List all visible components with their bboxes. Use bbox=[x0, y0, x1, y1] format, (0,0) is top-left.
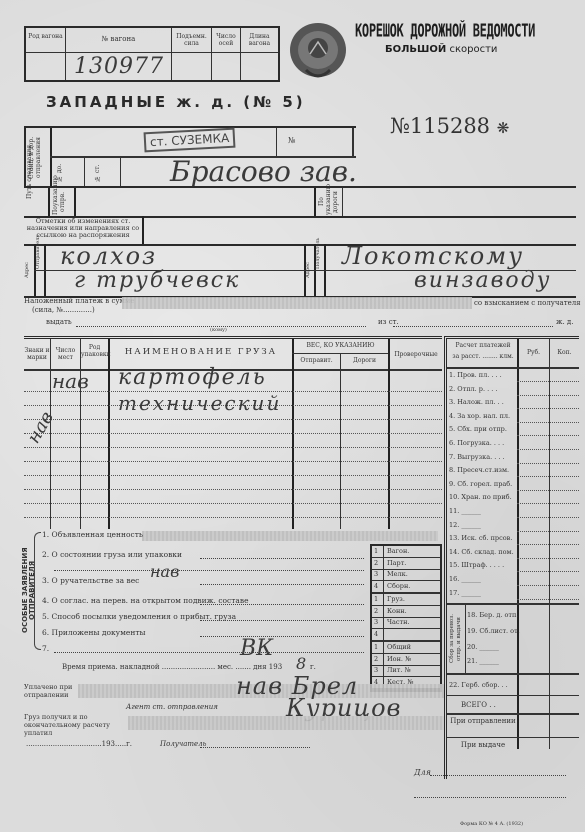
received-label: Груз получил и по окончательному расчету… bbox=[24, 713, 130, 737]
route-path-row: Путь следования Поуказанию отпрв. По ука… bbox=[24, 186, 576, 218]
code-label: Ион. № bbox=[387, 655, 411, 664]
station-number-label: № ст. bbox=[94, 160, 101, 186]
stamp-fee-item: 22. Герб. сбор. . . bbox=[449, 681, 508, 690]
receipt-date-line: ..................................193...… bbox=[26, 740, 132, 749]
sender-instructed-path-label: Поуказанию отпрв. bbox=[52, 189, 72, 215]
document-subtitle: БОЛЬШОЙ скорости bbox=[385, 44, 497, 55]
charge-item: 4. За хор. нал. пл. bbox=[449, 412, 510, 421]
for-field[interactable] bbox=[430, 775, 566, 776]
accept-time-label: Время приема. накладной ................… bbox=[62, 663, 282, 672]
code-number: 2 bbox=[374, 655, 378, 664]
code-label: Частн. bbox=[387, 618, 410, 627]
code-number: 3 bbox=[374, 618, 378, 627]
statement-sign-handwritten: ВК bbox=[240, 636, 273, 661]
wagon-type-header: Род вагона bbox=[26, 33, 65, 40]
statement-field[interactable] bbox=[200, 584, 364, 585]
issue-label: выдать bbox=[46, 318, 72, 327]
group-item-18: 18. Бер. д. отп. bbox=[467, 611, 518, 620]
document-number: №115288 ❋ bbox=[390, 114, 509, 138]
code-number: 3 bbox=[374, 570, 378, 579]
changes-label: Отметки об изменениях ст. назначения или… bbox=[24, 218, 142, 239]
code-number: 2 bbox=[374, 559, 378, 568]
code-number: 4 bbox=[374, 582, 378, 591]
cod-label: Наложенный платеж в сумме bbox=[24, 297, 135, 306]
road-instructed-path-label: По указанию дороги bbox=[318, 189, 340, 215]
cod-sub-label: (сила, №.............) bbox=[32, 306, 95, 315]
charge-item: 10. Хран. по приб. bbox=[449, 493, 512, 502]
ussr-emblem-icon bbox=[288, 20, 348, 82]
whom-label: (кому) bbox=[210, 326, 227, 335]
charge-item: 16. ______ bbox=[449, 575, 481, 584]
statement-item: 2. О состоянии груза или упаковки bbox=[42, 550, 182, 559]
subtitle-bold: БОЛЬШОЙ bbox=[385, 44, 446, 55]
form-code-label: Форма КО № 4 А. (1932) bbox=[460, 820, 523, 829]
cargo-name-line2: технический bbox=[118, 391, 281, 415]
sender-name-handwritten: колхоз bbox=[60, 242, 157, 270]
weight-sender-header: Отправит. bbox=[293, 357, 340, 364]
charge-item: 13. Иск. сб. прсов. bbox=[449, 534, 512, 543]
address-label: Адрес bbox=[24, 245, 33, 295]
railway-name: ЗАПАДНЫЕ ж. д. (№ 5) bbox=[46, 93, 306, 111]
pack-header: Род упаковки bbox=[81, 344, 108, 358]
statement-field[interactable] bbox=[54, 570, 364, 571]
code-label: Сборн. bbox=[387, 582, 410, 591]
code-number: 1 bbox=[374, 643, 378, 652]
route-path-label: Путь следования bbox=[26, 130, 46, 214]
weight-road-header: Дороги bbox=[341, 357, 388, 364]
year-suffix: г. bbox=[310, 663, 316, 672]
charge-item: 2. Отпл. р. . . . bbox=[449, 385, 497, 394]
total-label: ВСЕГО . . bbox=[461, 701, 496, 710]
statement-field[interactable] bbox=[54, 652, 364, 653]
receiver-address-handwritten: винзаводу bbox=[414, 268, 551, 293]
statements-brace bbox=[34, 532, 41, 650]
cargo-name-line1: картофель bbox=[118, 365, 267, 390]
code-label: Парт. bbox=[387, 559, 406, 568]
code-label: Груз. bbox=[387, 595, 405, 604]
collect-label: со взысканием с получателя bbox=[474, 299, 581, 308]
marks-header: Знаки и марки bbox=[24, 347, 50, 361]
kop-header: Коп. bbox=[550, 349, 579, 356]
code-number: 2 bbox=[374, 607, 378, 616]
charge-item: 3. Налож. пл. . . bbox=[449, 398, 504, 407]
weight-guarantee-handwritten: нав bbox=[150, 562, 179, 581]
rail-label: ж. д. bbox=[556, 318, 573, 327]
charge-item: 1. Пров. пл. . . . bbox=[449, 371, 502, 380]
charge-item: 9. Сб. горел. праб. bbox=[449, 480, 512, 489]
receiver-sign-field[interactable] bbox=[200, 747, 310, 748]
wagon-table: Род вагона № вагона Подъемн. сила Число … bbox=[24, 26, 280, 82]
final-payment-field[interactable] bbox=[128, 716, 444, 730]
declared-value-field[interactable] bbox=[142, 531, 438, 541]
axles-header: Число осей bbox=[212, 33, 240, 47]
year-handwritten: 8 bbox=[296, 654, 306, 673]
cargo-table: Знаки и марки Число мест Род упаковки НА… bbox=[24, 336, 442, 529]
rub-header: Руб. bbox=[518, 349, 549, 356]
charge-item: 5. Сбх. при отпр. bbox=[449, 425, 507, 434]
at-departure-label: При отправлении bbox=[449, 717, 517, 725]
statement-item: 1. Объявленная ценность bbox=[42, 530, 143, 539]
code-label: Общий bbox=[387, 643, 411, 652]
capacity-header: Подъемн. сила bbox=[172, 33, 211, 47]
charge-item: 6. Погрузка. . . . bbox=[449, 439, 504, 448]
cargo-side-note: нав bbox=[23, 408, 58, 447]
charge-item: 12. ______ bbox=[449, 521, 481, 530]
waybill-stub-document: Род вагона № вагона Подъемн. сила Число … bbox=[0, 0, 585, 832]
weight-group-header: ВЕС, КО УКАЗАНИЮ bbox=[293, 342, 388, 349]
charge-item: 17. ______ bbox=[449, 589, 481, 598]
charges-distance-label: за расст. ........ клм. bbox=[449, 353, 517, 360]
cargo-count-handwritten: нав bbox=[52, 369, 89, 393]
charge-item: 11. ______ bbox=[449, 507, 481, 516]
parties-block: Отправитель Адрес Получатель Адрес колхо… bbox=[24, 244, 576, 298]
sender-statements-label: ОСОБЫЕ ЗАЯВЛЕНИЯ ОТПРАВИТЕЛЯ bbox=[22, 530, 34, 650]
destination-handwritten: Брасово зав. bbox=[170, 155, 357, 188]
receiver-address-label: Адрес bbox=[305, 245, 314, 295]
statement-field[interactable] bbox=[200, 620, 364, 621]
statement-field[interactable] bbox=[200, 636, 364, 637]
paid-at-departure-label: Уплачено при отправлении bbox=[24, 683, 78, 699]
group-item-21: 21. ______ bbox=[467, 657, 499, 666]
code-label: Мелк. bbox=[387, 570, 408, 579]
at-arrival-label: При выдаче bbox=[449, 741, 517, 749]
checked-header: Проверочные bbox=[390, 351, 442, 358]
statement-field[interactable] bbox=[200, 558, 364, 559]
code-number: 1 bbox=[374, 595, 378, 604]
for-label: Для bbox=[414, 768, 431, 777]
group-item-20: 20. ______ bbox=[467, 643, 499, 652]
code-label: Конн. bbox=[387, 607, 407, 616]
code-number: 4 bbox=[374, 630, 378, 639]
departure-stamp: ст. СУЗЕМКА bbox=[144, 128, 236, 153]
from-station-field[interactable] bbox=[393, 326, 553, 327]
charge-item: 15. Штраф. . . . . bbox=[449, 561, 504, 570]
doc-number-value: №115288 bbox=[390, 114, 490, 138]
code-boxes: 1Вагон.2Парт.3Мелк.4Сборн.1Груз.2Конн.3Ч… bbox=[370, 544, 442, 692]
wagon-number-value: 130977 bbox=[74, 54, 164, 79]
number-label: № bbox=[288, 136, 296, 145]
star-icon: ❋ bbox=[497, 119, 510, 137]
document-title: КОРЕШОК ДОРОЖНОЙ ВЕДОМОСТИ bbox=[355, 20, 535, 41]
subtitle-regular: скорости bbox=[449, 44, 497, 55]
code-label: Вагон. bbox=[387, 547, 409, 556]
cod-amount-field[interactable] bbox=[122, 297, 472, 309]
receiver-name-handwritten: Локотскому bbox=[342, 242, 524, 270]
statement-field[interactable] bbox=[200, 604, 364, 605]
statement-item: 3. О ручательстве за вес bbox=[42, 576, 139, 585]
cargo-name-header: НАИМЕНОВАНИЕ ГРУЗА bbox=[110, 349, 292, 356]
statement-item: 6. Приложены документы bbox=[42, 628, 145, 637]
agent-label: Агент ст. отправления bbox=[126, 703, 218, 712]
sender-city-handwritten: г трубчевск bbox=[74, 268, 240, 293]
length-header: Длина вагона bbox=[241, 33, 278, 47]
wagon-number-header: № вагона bbox=[66, 36, 171, 43]
sender-label: Отправитель bbox=[35, 245, 43, 269]
code-label: Лит. № bbox=[387, 666, 411, 675]
code-number: 3 bbox=[374, 666, 378, 675]
group-charges-label: Сбор за перевоз. отпр. и выдачи bbox=[449, 607, 465, 671]
charges-header-label: Расчет платежей bbox=[449, 342, 517, 349]
count-header: Число мест bbox=[51, 347, 80, 361]
code-number: 1 bbox=[374, 547, 378, 556]
receiver-label: Получатель bbox=[315, 245, 323, 269]
charge-item: 7. Выгрузка. . . . bbox=[449, 453, 505, 462]
statement-item: 7. bbox=[42, 644, 49, 653]
charge-item: 14. Сб. склад. пом. bbox=[449, 548, 514, 557]
extra-field[interactable] bbox=[414, 797, 566, 798]
charge-item: 8. Пресеч.ст.изм. bbox=[449, 466, 509, 475]
charges-table: Расчет платежей за расст. ........ клм. … bbox=[444, 336, 579, 779]
group-item-19: 19. Сб.лист. от. bbox=[467, 627, 520, 636]
